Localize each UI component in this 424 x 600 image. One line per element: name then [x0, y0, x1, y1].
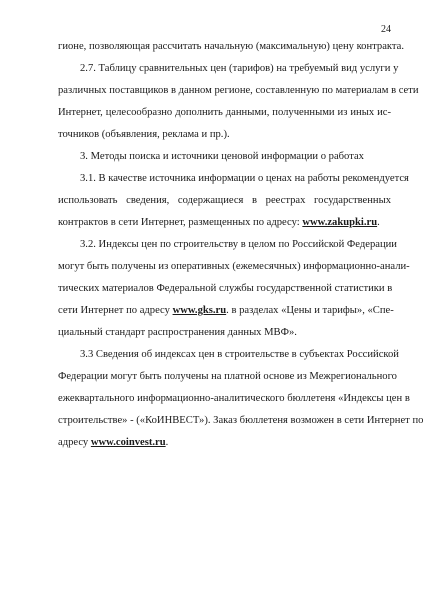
- text-line: тических материалов Федеральной службы г…: [58, 278, 391, 300]
- text-fragment: .: [377, 217, 380, 228]
- text-fragment: . в разделах «Цены и тарифы», «Спе-: [226, 300, 394, 322]
- text-line: 3.3 Сведения об индексах цен в строитель…: [58, 344, 391, 366]
- text-line: 3.1. В качестве источника информации о ц…: [58, 168, 391, 190]
- text-line: 2.7. Таблицу сравнительных цен (тарифов)…: [58, 58, 391, 80]
- text-fragment: сети Интернет по адресу: [58, 305, 173, 316]
- text-line: Федерации могут быть получены на платной…: [58, 366, 391, 388]
- text-line: использовать сведения, содержащиеся в ре…: [58, 190, 391, 212]
- text-line: Интернет, целесообразно дополнить данным…: [58, 102, 391, 124]
- text-fragment: контрактов в сети Интернет, размещенных …: [58, 217, 302, 228]
- text-fragment: .: [166, 437, 169, 448]
- section-heading: 3. Методы поиска и источники ценовой инф…: [58, 146, 391, 168]
- text-line: могут быть получены из оперативных (ежем…: [58, 256, 391, 278]
- text-line: строительстве» - («КоИНВЕСТ»). Заказ бюл…: [58, 410, 391, 432]
- link-zakupki[interactable]: www.zakupki.ru: [302, 217, 377, 228]
- text-line: 3.2. Индексы цен по строительству в цело…: [58, 234, 391, 256]
- text-line: адресу www.coinvest.ru.: [58, 432, 391, 454]
- document-body: гионе, позволяющая рассчитать начальную …: [58, 36, 391, 454]
- text-line: различных поставщиков в данном регионе, …: [58, 80, 391, 102]
- text-line: циальный стандарт распространения данных…: [58, 322, 391, 344]
- text-line: гионе, позволяющая рассчитать начальную …: [58, 36, 391, 58]
- text-line: ежеквартального информационно-аналитичес…: [58, 388, 391, 410]
- link-coinvest[interactable]: www.coinvest.ru: [91, 437, 166, 448]
- text-line: точников (объявления, реклама и пр.).: [58, 124, 391, 146]
- text-fragment: адресу: [58, 437, 91, 448]
- text-line: контрактов в сети Интернет, размещенных …: [58, 212, 391, 234]
- text-line: сети Интернет по адресу www.gks.ru. в ра…: [58, 300, 391, 322]
- page-number: 24: [381, 24, 391, 35]
- link-gks[interactable]: www.gks.ru: [173, 305, 227, 316]
